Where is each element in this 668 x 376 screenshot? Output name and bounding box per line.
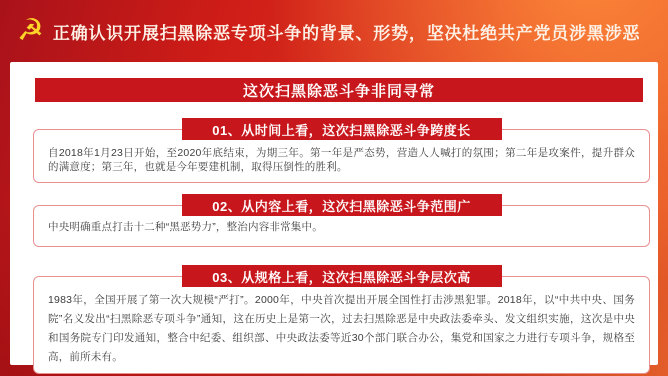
sections-container: 01、从时间上看，这次扫黑除恶斗争跨度长 自2018年1月23日开始，至2020… <box>33 118 650 374</box>
section-02-body: 中央明确重点打击十二种“黑恶势力”，整治内容非常集中。 <box>48 220 635 234</box>
section-01-body: 自2018年1月23日开始，至2020年底结束，为期三年。第一年是严态势，营造人… <box>48 146 635 174</box>
section-02-banner: 02、从内容上看，这次扫黑除恶斗争范围广 <box>182 194 502 216</box>
section-01-banner-text: 01、从时间上看，这次扫黑除恶斗争跨度长 <box>212 120 470 139</box>
header-title: 正确认识开展扫黑除恶专项斗争的背景、形势，坚决杜绝共产党员涉黑涉恶 <box>53 19 640 44</box>
section-03-body: 1983年，全国开展了第一次大规模“严打”。2000年，中央首次提出开展全国性打… <box>48 291 635 367</box>
party-emblem-icon: ☭ <box>17 16 44 46</box>
section-03-banner-text: 03、从规格上看，这次扫黑除恶斗争层次高 <box>212 267 470 286</box>
section-03-box: 1983年，全国开展了第一次大规模“严打”。2000年，中央首次提出开展全国性打… <box>33 276 650 374</box>
section-02-banner-text: 02、从内容上看，这次扫黑除恶斗争范围广 <box>212 196 470 215</box>
main-title-text: 这次扫黑除恶斗争非同寻常 <box>243 80 435 101</box>
content-card: 这次扫黑除恶斗争非同寻常 01、从时间上看，这次扫黑除恶斗争跨度长 自2018年… <box>10 62 658 365</box>
section-03-banner: 03、从规格上看，这次扫黑除恶斗争层次高 <box>182 265 502 287</box>
section-03: 03、从规格上看，这次扫黑除恶斗争层次高 1983年，全国开展了第一次大规模“严… <box>33 265 650 374</box>
main-title-banner: 这次扫黑除恶斗争非同寻常 <box>35 78 643 102</box>
section-01-banner: 01、从时间上看，这次扫黑除恶斗争跨度长 <box>182 118 502 140</box>
slide-background: { "header": { "emblem_icon": "party-embl… <box>0 0 668 376</box>
section-01: 01、从时间上看，这次扫黑除恶斗争跨度长 自2018年1月23日开始，至2020… <box>33 118 650 183</box>
section-02: 02、从内容上看，这次扫黑除恶斗争范围广 中央明确重点打击十二种“黑恶势力”，整… <box>33 194 650 247</box>
slide-header: ☭ 正确认识开展扫黑除恶专项斗争的背景、形势，坚决杜绝共产党员涉黑涉恶 <box>0 0 668 62</box>
